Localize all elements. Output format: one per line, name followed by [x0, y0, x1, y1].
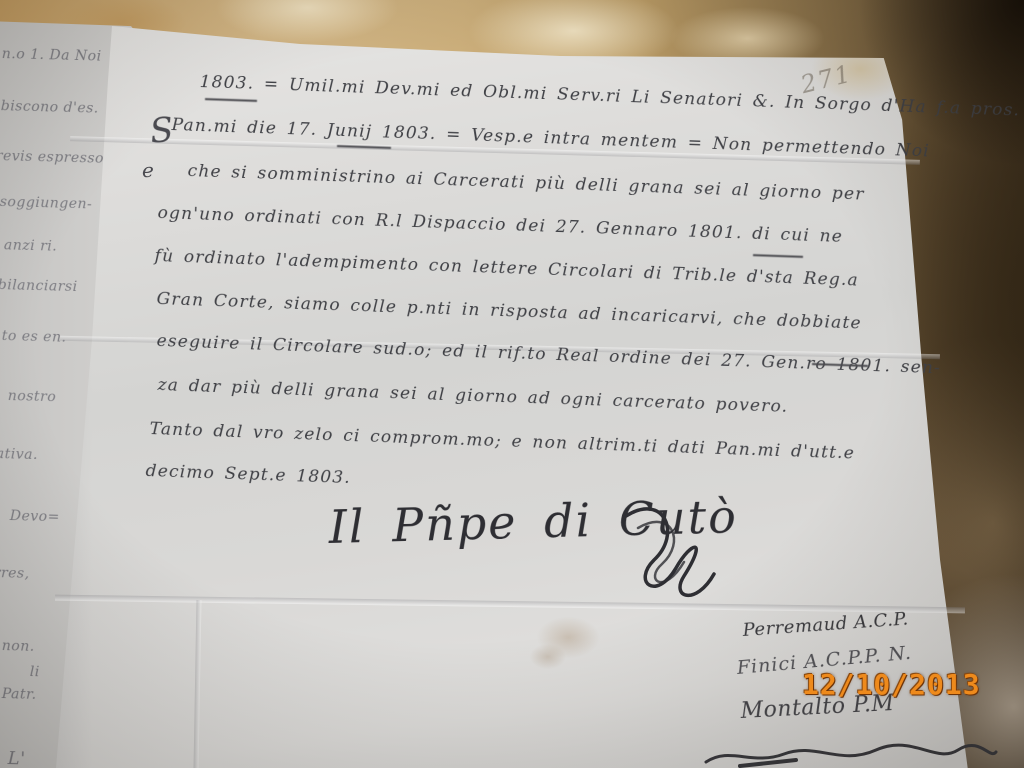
fragment-line: ; anzi ri.	[0, 237, 57, 255]
fragment-line: Patr.	[2, 686, 37, 703]
fragment-line: soggiungen-	[0, 194, 93, 212]
fragment-line: li	[30, 664, 40, 680]
fragment-line: Devo=	[10, 508, 60, 525]
photo-scene: n.o 1. Da Noi ibiscono d'es. revis espre…	[0, 0, 1024, 768]
fragment-line: nostro	[8, 388, 57, 405]
signature-flourish-icon	[612, 498, 732, 608]
partial-signature-flourish-icon	[700, 742, 1000, 768]
fragment-line: ativa.	[0, 446, 38, 463]
camera-datestamp: 12/10/2013	[802, 668, 981, 701]
fragment-line: to es en.	[2, 328, 67, 346]
fragment-line: bilanciarsi	[0, 277, 78, 295]
margin-mark: e	[142, 158, 154, 182]
fragment-line: revis espresso	[0, 148, 104, 167]
fragment-line: ibiscono d'es.	[0, 98, 99, 117]
fragment-line: rres,	[0, 565, 30, 582]
fragment-line: L'	[7, 748, 25, 768]
fragment-line: non.	[2, 638, 35, 655]
fragment-line: n.o 1. Da Noi	[2, 46, 102, 65]
